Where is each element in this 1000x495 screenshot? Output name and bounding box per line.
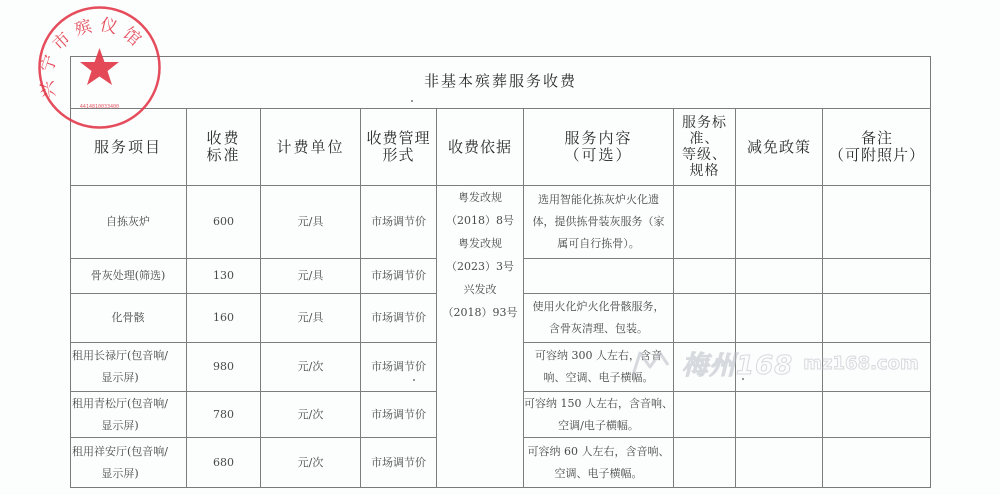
row5-item: 租用青松厅(包音响/ 显示屏) xyxy=(70,392,186,437)
document-page: 非基本殡葬服务收费 服务项目 收费 标准 计费单位 收费管理 形式 收费依据 服… xyxy=(0,0,1000,495)
header-billing-unit: 计费单位 xyxy=(261,109,360,185)
row5-unit: 元/次 xyxy=(261,392,360,437)
row4-unit: 元/次 xyxy=(261,343,360,391)
row2-management: 市场调节价 xyxy=(361,259,436,293)
row3-unit: 元/具 xyxy=(261,294,360,342)
row3-item: 化骨骸 xyxy=(70,294,186,342)
header-remarks: 备注 （可附照片） xyxy=(823,109,931,185)
row1-item: 自拣灰炉 xyxy=(70,186,186,258)
row4-item: 租用长禄厅(包音响/ 显示屏) xyxy=(70,343,186,391)
row2-price: 130 xyxy=(187,259,260,293)
row5-management: 市场调节价 xyxy=(361,392,436,437)
row4-management: 市场调节价 xyxy=(361,343,436,391)
header-fee-basis: 收费依据 xyxy=(437,109,523,185)
row6-item: 租用祥安厅(包音响/ 显示屏) xyxy=(70,438,186,488)
svg-text:4414810033400: 4414810033400 xyxy=(80,104,119,110)
header-management-form: 收费管理 形式 xyxy=(361,109,436,185)
fee-basis-merged-cell: 粤发改规 （2018）8号 粤发改规 （2023）3号 兴发改 （2018）93… xyxy=(437,186,523,324)
table-title: 非基本殡葬服务收费 xyxy=(70,70,931,91)
scan-speck xyxy=(742,378,744,380)
row1-price: 600 xyxy=(187,186,260,258)
header-relief-policy: 减免政策 xyxy=(736,109,822,185)
row1-content: 选用智能化拣灰炉火化遗 体，提供拣骨装灰服务（家 属可自行拣骨）。 xyxy=(524,186,673,258)
scan-speck xyxy=(413,379,415,381)
header-service-standard: 服务标 准、 等级、 规格 xyxy=(674,109,735,185)
row3-management: 市场调节价 xyxy=(361,294,436,342)
row3-content: 使用火化炉火化骨骸服务， 含骨灰清理、包装。 xyxy=(524,294,673,342)
scan-speck xyxy=(411,100,413,102)
header-service-content: 服务内容 （可选） xyxy=(524,109,673,185)
row1-unit: 元/具 xyxy=(261,186,360,258)
row5-content: 可容纳 150 人左右，含音响、 空调/电子横幅。 xyxy=(524,392,673,437)
row1-management: 市场调节价 xyxy=(361,186,436,258)
row6-unit: 元/次 xyxy=(261,438,360,488)
header-fee-standard: 收费 标准 xyxy=(187,109,260,185)
row5-price: 780 xyxy=(187,392,260,437)
row3-price: 160 xyxy=(187,294,260,342)
row2-content xyxy=(524,259,673,293)
row6-price: 680 xyxy=(187,438,260,488)
row6-management: 市场调节价 xyxy=(361,438,436,488)
row4-content: 可容纳 300 人左右，含音 响、空调、电子横幅。 xyxy=(524,343,673,391)
official-seal-icon: 兴宁市殡仪馆 4414810033400 xyxy=(36,4,163,131)
row2-unit: 元/具 xyxy=(261,259,360,293)
row6-content: 可容纳 60 人左右，含音响、 空调、电子横幅。 xyxy=(524,438,673,488)
row2-item: 骨灰处理(筛选) xyxy=(70,259,186,293)
row4-price: 980 xyxy=(187,343,260,391)
